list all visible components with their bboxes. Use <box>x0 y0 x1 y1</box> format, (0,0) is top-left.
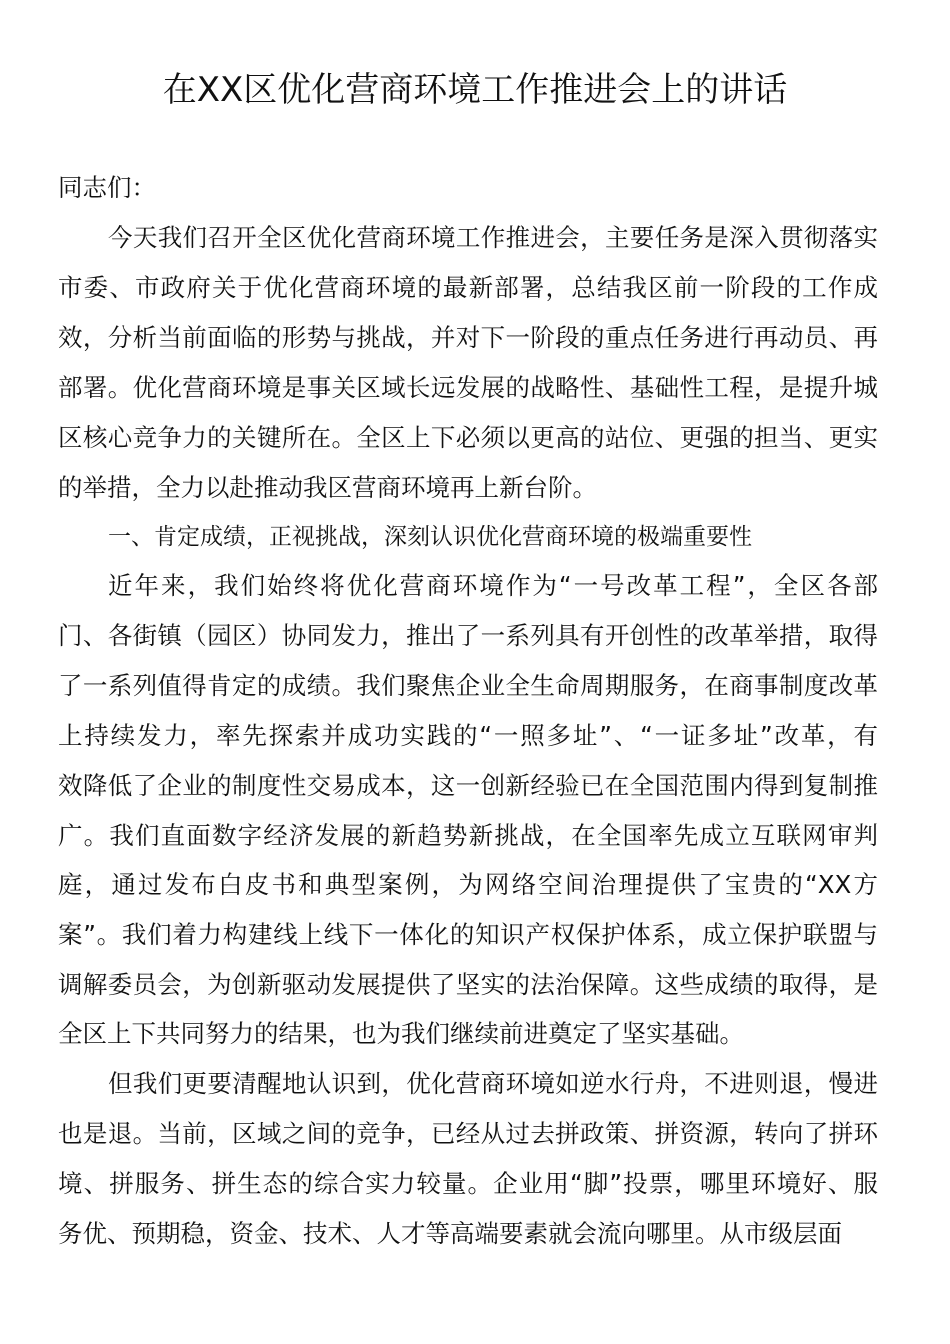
paragraph-line: 案”。我们着力构建线上线下一体化的知识产权保护体系，成立保护联盟与 <box>58 919 878 951</box>
paragraph-line: 广。我们直面数字经济发展的新趋势新挑战，在全国率先成立互联网审判 <box>58 820 878 852</box>
paragraph-line: 了一系列值得肯定的成绩。我们聚焦企业全生命周期服务，在商事制度改革 <box>58 670 878 702</box>
paragraph-line: 的举措，全力以赴推动我区营商环境再上新台阶。 <box>58 472 878 504</box>
section-heading: 一、肯定成绩，正视挑战，深刻认识优化营商环境的极端重要性 <box>108 521 752 553</box>
paragraph-line: 部署。优化营商环境是事关区域长远发展的战略性、基础性工程，是提升城 <box>58 372 878 404</box>
paragraph-line: 庭，通过发布白皮书和典型案例，为网络空间治理提供了宝贵的“XX方 <box>58 869 878 901</box>
paragraph-line: 但我们更要清醒地认识到，优化营商环境如逆水行舟，不进则退，慢进 <box>108 1068 878 1100</box>
paragraph-line: 全区上下共同努力的结果，也为我们继续前进奠定了坚实基础。 <box>58 1018 878 1050</box>
paragraph-line: 区核心竞争力的关键所在。全区上下必须以更高的站位、更强的担当、更实 <box>58 422 878 454</box>
paragraph-line: 调解委员会，为创新驱动发展提供了坚实的法治保障。这些成绩的取得，是 <box>58 969 878 1001</box>
paragraph-line: 近年来，我们始终将优化营商环境作为“一号改革工程”，全区各部 <box>108 570 878 602</box>
paragraph-line: 效，分析当前面临的形势与挑战，并对下一阶段的重点任务进行再动员、再 <box>58 322 878 354</box>
paragraph-line: 市委、市政府关于优化营商环境的最新部署，总结我区前一阶段的工作成 <box>58 272 878 304</box>
paragraph-line: 境、拼服务、拼生态的综合实力较量。企业用“脚”投票，哪里环境好、服 <box>58 1168 878 1200</box>
salutation: 同志们： <box>58 172 878 204</box>
paragraph-line: 门、各街镇（园区）协同发力，推出了一系列具有开创性的改革举措，取得 <box>58 620 878 652</box>
paragraph-line: 务优、预期稳，资金、技术、人才等高端要素就会流向哪里。从市级层面 <box>58 1218 878 1250</box>
document-title: 在XX区优化营商环境工作推进会上的讲话 <box>0 68 950 112</box>
paragraph-line: 也是退。当前，区域之间的竞争，已经从过去拼政策、拼资源，转向了拼环 <box>58 1118 878 1150</box>
paragraph-line: 上持续发力，率先探索并成功实践的“一照多址”、“一证多址”改革，有 <box>58 720 878 752</box>
paragraph-line: 今天我们召开全区优化营商环境工作推进会，主要任务是深入贯彻落实 <box>108 222 878 254</box>
paragraph-line: 效降低了企业的制度性交易成本，这一创新经验已在全国范围内得到复制推 <box>58 770 878 802</box>
